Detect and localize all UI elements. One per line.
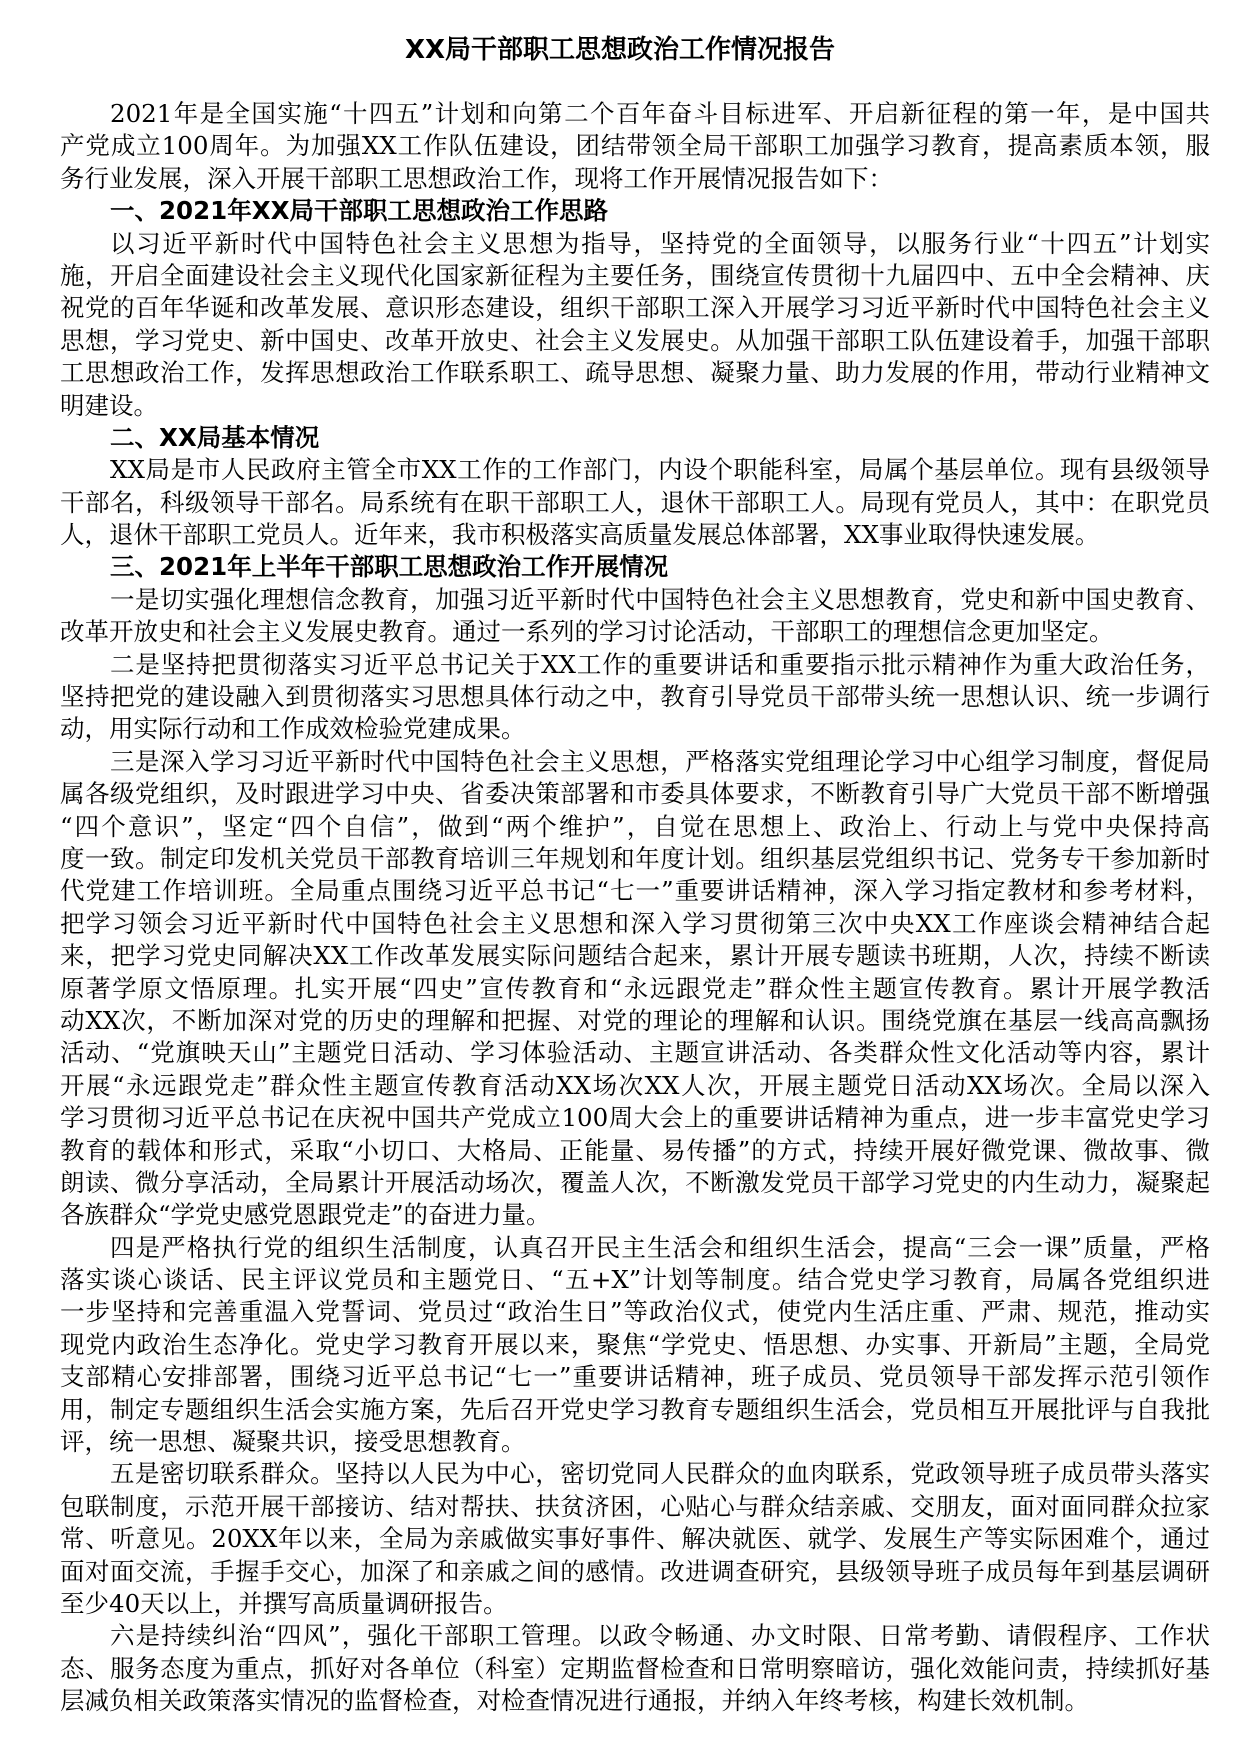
document-page: XX局干部职工思想政治工作情况报告 2021年是全国实施“十四五”计划和向第二个… [0,0,1240,1754]
paragraph-1: 2021年是全国实施“十四五”计划和向第二个百年奋斗目标进军、开启新征程的第一年… [60,98,1210,195]
section-heading-2: 二、XX局基本情况 [60,422,1210,454]
paragraph-line: 面对面交流，手握手交心，加深了和亲戚之间的感情。改进调查研究，县级领导班子成员每… [60,1556,1210,1588]
paragraph-line: 评，统一思想、凝聚共识，接受思想教育。 [60,1426,1210,1458]
paragraph-line: XX局是市人民政府主管全市XX工作的工作部门，内设个职能科室，局属个基层单位。现… [60,454,1210,486]
paragraph-line: 教育的载体和形式，采取“小切口、大格局、正能量、易传播”的方式，持续开展好微党课… [60,1135,1210,1167]
document-body: 2021年是全国实施“十四五”计划和向第二个百年奋斗目标进军、开启新征程的第一年… [60,98,1210,1718]
paragraph-line: 2021年是全国实施“十四五”计划和向第二个百年奋斗目标进军、开启新征程的第一年… [60,98,1210,130]
paragraph-2: 以习近平新时代中国特色社会主义思想为指导，坚持党的全面领导，以服务行业“十四五”… [60,228,1210,422]
heading-text: 一、2021年XX局干部职工思想政治工作思路 [60,195,1210,227]
paragraph-line: 把学习领会习近平新时代中国特色社会主义思想和深入学习贯彻第三次中央XX工作座谈会… [60,908,1210,940]
paragraph-line: 各族群众“学党史感党恩跟党走”的奋进力量。 [60,1199,1210,1231]
paragraph-line: 开展“永远跟党走”群众性主题宣传教育活动XX场次XX人次，开展主题党日活动XX场… [60,1070,1210,1102]
paragraph-line: 常、听意见。20XX年以来，全局为亲戚做实事好事件、解决就医、就学、发展生产等实… [60,1523,1210,1555]
paragraph-line: 包联制度，示范开展干部接访、结对帮扶、扶贫济困，心贴心与群众结亲戚、交朋友，面对… [60,1491,1210,1523]
paragraph-line: 祝党的百年华诞和改革发展、意识形态建设，组织干部职工深入开展学习习近平新时代中国… [60,292,1210,324]
paragraph-line: 产党成立100周年。为加强XX工作队伍建设，团结带领全局干部职工加强学习教育，提… [60,130,1210,162]
paragraph-line: 原著学原文悟原理。扎实开展“四史”宣传教育和“永远跟党走”群众性主题宣传教育。累… [60,973,1210,1005]
paragraph-line: 朗读、微分享活动，全局累计开展活动场次，覆盖人次，不断激发党员干部学习党史的内生… [60,1167,1210,1199]
paragraph-6: 三是深入学习习近平新时代中国特色社会主义思想，严格落实党组理论学习中心组学习制度… [60,746,1210,1232]
heading-text: 二、XX局基本情况 [60,422,1210,454]
paragraph-line: 代党建工作培训班。全局重点围绕习近平总书记“七一”重要讲话精神，深入学习指定教材… [60,875,1210,907]
paragraph-line: 学习贯彻习近平总书记在庆祝中国共产党成立100周大会上的重要讲话精神为重点，进一… [60,1102,1210,1134]
paragraph-line: 改革开放史和社会主义发展史教育。通过一系列的学习讨论活动，干部职工的理想信念更加… [60,616,1210,648]
heading-text: 三、2021年上半年干部职工思想政治工作开展情况 [60,551,1210,583]
paragraph-line: 落实谈心谈话、民主评议党员和主题党日、“五+X”计划等制度。结合党史学习教育，局… [60,1264,1210,1296]
paragraph-line: 层减负相关政策落实情况的监督检查，对检查情况进行通报，并纳入年终考核，构建长效机… [60,1685,1210,1717]
paragraph-line: 人，退休干部职工党员人。近年来，我市积极落实高质量发展总体部署，XX事业取得快速… [60,519,1210,551]
paragraph-5: 二是坚持把贯彻落实习近平总书记关于XX工作的重要讲话和重要指示批示精神作为重大政… [60,649,1210,746]
paragraph-line: 动XX次，不断加深对党的历史的理解和把握、对党的理论的理解和认识。围绕党旗在基层… [60,1005,1210,1037]
paragraph-8: 五是密切联系群众。坚持以人民为中心，密切党同人民群众的血肉联系，党政领导班子成员… [60,1458,1210,1620]
paragraph-line: 工思想政治工作，发挥思想政治工作联系职工、疏导思想、凝聚力量、助力发展的作用，带… [60,357,1210,389]
paragraph-line: 明建设。 [60,390,1210,422]
paragraph-line: 思想，学习党史、新中国史、改革开放史、社会主义发展史。从加强干部职工队伍建设着手… [60,325,1210,357]
paragraph-line: 坚持把党的建设融入到贯彻落实习思想具体行动之中，教育引导党员干部带头统一思想认识… [60,681,1210,713]
section-heading-3: 三、2021年上半年干部职工思想政治工作开展情况 [60,551,1210,583]
paragraph-line: 属各级党组织，及时跟进学习中央、省委决策部署和市委具体要求，不断教育引导广大党员… [60,778,1210,810]
paragraph-line: 动，用实际行动和工作成效检验党建成果。 [60,713,1210,745]
paragraph-line: 来，把学习党史同解决XX工作改革发展实际问题结合起来，累计开展专题读书班期，人次… [60,940,1210,972]
paragraph-line: 活动、“党旗映天山”主题党日活动、学习体验活动、主题宣讲活动、各类群众性文化活动… [60,1037,1210,1069]
paragraph-line: 至少40天以上，并撰写高质量调研报告。 [60,1588,1210,1620]
paragraph-line: 一是切实强化理想信念教育，加强习近平新时代中国特色社会主义思想教育，党史和新中国… [60,584,1210,616]
paragraph-line: 二是坚持把贯彻落实习近平总书记关于XX工作的重要讲话和重要指示批示精神作为重大政… [60,649,1210,681]
paragraph-line: 现党内政治生态净化。党史学习教育开展以来，聚焦“学党史、悟思想、办实事、开新局”… [60,1329,1210,1361]
paragraph-line: 用，制定专题组织生活会实施方案，先后召开党史学习教育专题组织生活会，党员相互开展… [60,1394,1210,1426]
paragraph-line: 度一致。制定印发机关党员干部教育培训三年规划和年度计划。组织基层党组织书记、党务… [60,843,1210,875]
paragraph-4: 一是切实强化理想信念教育，加强习近平新时代中国特色社会主义思想教育，党史和新中国… [60,584,1210,649]
paragraph-line: 六是持续纠治“四风”，强化干部职工管理。以政令畅通、办文时限、日常考勤、请假程序… [60,1620,1210,1652]
paragraph-line: 态、服务态度为重点，抓好对各单位（科室）定期监督检查和日常明察暗访，强化效能问责… [60,1653,1210,1685]
paragraph-line: 支部精心安排部署，围绕习近平总书记“七一”重要讲话精神，班子成员、党员领导干部发… [60,1361,1210,1393]
paragraph-line: 干部名，科级领导干部名。局系统有在职干部职工人，退休干部职工人。局现有党员人，其… [60,487,1210,519]
paragraph-line: 三是深入学习习近平新时代中国特色社会主义思想，严格落实党组理论学习中心组学习制度… [60,746,1210,778]
paragraph-line: 施，开启全面建设社会主义现代化国家新征程为主要任务，围绕宣传贯彻十九届四中、五中… [60,260,1210,292]
paragraph-line: 五是密切联系群众。坚持以人民为中心，密切党同人民群众的血肉联系，党政领导班子成员… [60,1458,1210,1490]
paragraph-3: XX局是市人民政府主管全市XX工作的工作部门，内设个职能科室，局属个基层单位。现… [60,454,1210,551]
document-title: XX局干部职工思想政治工作情况报告 [0,32,1240,68]
paragraph-7: 四是严格执行党的组织生活制度，认真召开民主生活会和组织生活会，提高“三会一课”质… [60,1232,1210,1459]
paragraph-line: 务行业发展，深入开展干部职工思想政治工作，现将工作开展情况报告如下： [60,163,1210,195]
section-heading-1: 一、2021年XX局干部职工思想政治工作思路 [60,195,1210,227]
paragraph-line: “四个意识”，坚定“四个自信”，做到“两个维护”，自觉在思想上、政治上、行动上与… [60,811,1210,843]
paragraph-line: 四是严格执行党的组织生活制度，认真召开民主生活会和组织生活会，提高“三会一课”质… [60,1232,1210,1264]
paragraph-line: 一步坚持和完善重温入党誓词、党员过“政治生日”等政治仪式，使党内生活庄重、严肃、… [60,1296,1210,1328]
paragraph-line: 以习近平新时代中国特色社会主义思想为指导，坚持党的全面领导，以服务行业“十四五”… [60,228,1210,260]
paragraph-9: 六是持续纠治“四风”，强化干部职工管理。以政令畅通、办文时限、日常考勤、请假程序… [60,1620,1210,1717]
